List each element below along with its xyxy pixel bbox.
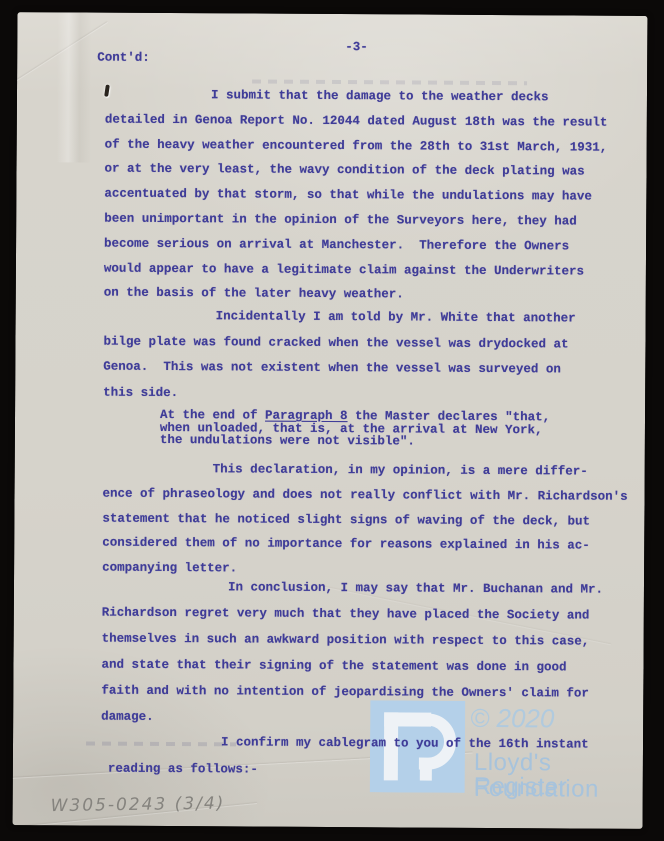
- typed-line: been unimportant in the opinion of the S…: [104, 207, 634, 235]
- paper-fold-shade: [57, 12, 92, 162]
- handwritten-reference: W305-0243 (3/4): [51, 794, 226, 817]
- document-scan: -3- Cont'd: © 2020 Lloyd's Register Foun…: [0, 0, 664, 841]
- typed-line: Incidentally I am told by Mr. White that…: [104, 304, 634, 333]
- letter-page: -3- Cont'd: © 2020 Lloyd's Register Foun…: [13, 12, 648, 829]
- paragraph-6: I confirm my cablegram to you of the 16t…: [101, 729, 631, 786]
- typed-line: accentuated by that storm, so that while…: [104, 182, 634, 210]
- typed-line: bilge plate was found cracked when the v…: [103, 329, 633, 358]
- typed-line: Genoa. This was not existent when the ve…: [103, 355, 633, 384]
- typed-line: faith and with no intention of jeopardis…: [101, 678, 631, 707]
- paragraph-4: This declaration, in my opinion, is a me…: [102, 457, 633, 584]
- typed-line: I confirm my cablegram to you of the 16t…: [101, 729, 631, 759]
- typed-line: of the heavy weather encountered from th…: [105, 132, 635, 160]
- paragraph-1: I submit that the damage to the weather …: [104, 83, 635, 309]
- continuation-label: Cont'd:: [97, 51, 150, 65]
- typed-line: and state that their signing of the stat…: [101, 652, 631, 681]
- typed-line: detailed in Genoa Report No. 12044 dated…: [105, 107, 635, 135]
- quoted-declaration: At the end of Paragraph 8 the Master dec…: [160, 409, 640, 450]
- typed-line: reading as follows:-: [101, 756, 631, 786]
- paragraph-5: In conclusion, I may say that Mr. Buchan…: [101, 574, 632, 733]
- typed-line: Richardson regret very much that they ha…: [102, 600, 632, 629]
- typed-line: or at the very least, the wavy condition…: [104, 157, 634, 185]
- typed-line: the undulations were not visible".: [160, 434, 640, 450]
- typed-line: statement that he noticed slight signs o…: [102, 506, 632, 534]
- paragraph-2: Incidentally I am told by Mr. White that…: [103, 304, 634, 409]
- typed-line: This declaration, in my opinion, is a me…: [103, 457, 633, 485]
- typed-line: In conclusion, I may say that Mr. Buchan…: [102, 574, 632, 603]
- typed-line: considered them of no importance for rea…: [102, 531, 632, 559]
- page-number: -3-: [345, 40, 368, 54]
- typed-line: would appear to have a legitimate claim …: [104, 256, 634, 284]
- typed-line: this side.: [103, 380, 633, 409]
- paper-crease: [13, 22, 108, 88]
- typed-line: ence of phraseology and does not really …: [102, 481, 632, 509]
- typed-line: become serious on arrival at Manchester.…: [104, 231, 634, 259]
- typed-line: themselves in such an awkward position w…: [102, 626, 632, 655]
- typed-line: I submit that the damage to the weather …: [105, 83, 635, 111]
